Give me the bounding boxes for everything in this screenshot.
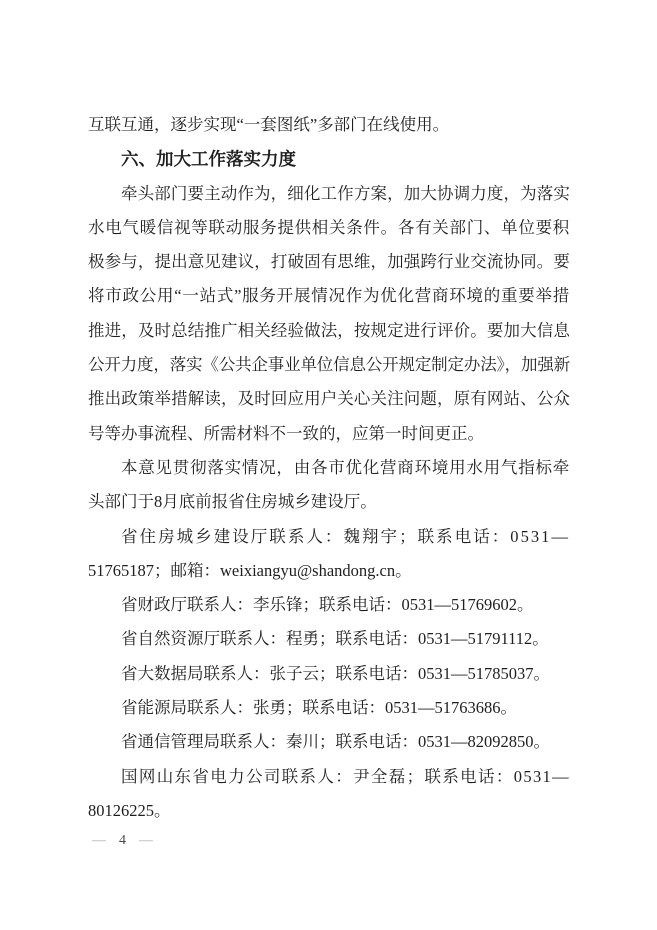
page-number: 4 [119,831,126,851]
document-line: 本意见贯彻落实情况，由各市优化营商环境用水用气指标牵 [88,451,570,485]
footer-dash-right: — [139,831,153,851]
document-line: 推进，及时总结推广相关经验做法，按规定进行评价。要加大信息 [88,314,570,348]
section-heading: 六、加大工作落实力度 [88,142,570,176]
line-text: 推出政策举措解读，及时回应用户关心关注问题，原有网站、公众 [88,389,570,408]
line-text: 省财政厅联系人：李乐锋；联系电话：0531—51769602。 [121,595,534,614]
line-text: 号等办事流程、所需材料不一致的，应第一时间更正。 [88,424,484,443]
line-text: 推进，及时总结推广相关经验做法，按规定进行评价。要加大信息 [88,321,570,340]
line-text: 省自然资源厅联系人：程勇；联系电话：0531—51791112。 [121,629,549,648]
document-line: 80126225。 [88,794,570,828]
document-line: 省能源局联系人：张勇；联系电话：0531—51763686。 [88,691,570,725]
document-line: 牵头部门要主动作为，细化工作方案，加大协调力度，为落实 [88,177,570,211]
line-text: 互联互通，逐步实现“一套图纸”多部门在线使用。 [88,115,449,134]
line-text: 水电气暖信视等联动服务提供相关条件。各有关部门、单位要积 [88,218,570,237]
document-line: 51765187；邮箱：weixiangyu@shandong.cn。 [88,554,570,588]
line-text: 省大数据局联系人：张子云；联系电话：0531—51785037。 [121,664,550,683]
document-body: 互联互通，逐步实现“一套图纸”多部门在线使用。六、加大工作落实力度牵头部门要主动… [88,108,570,828]
line-text: 省能源局联系人：张勇；联系电话：0531—51763686。 [121,698,517,717]
footer-dash-left: — [92,831,106,851]
line-text: 本意见贯彻落实情况，由各市优化营商环境用水用气指标牵 [121,458,570,477]
document-line: 将市政公用“一站式”服务开展情况作为优化营商环境的重要举措 [88,279,570,313]
document-line: 极参与，提出意见建议，打破固有思维，加强跨行业交流协同。要 [88,245,570,279]
document-line: 头部门于8月底前报省住房城乡建设厅。 [88,485,570,519]
line-text: 80126225。 [88,801,171,820]
document-line: 省通信管理局联系人：秦川；联系电话：0531—82092850。 [88,725,570,759]
line-text: 六、加大工作落实力度 [121,149,296,169]
document-line: 推出政策举措解读，及时回应用户关心关注问题，原有网站、公众 [88,382,570,416]
line-text: 头部门于8月底前报省住房城乡建设厅。 [88,492,377,511]
line-text: 国网山东省电力公司联系人：尹全磊；联系电话：0531— [121,767,570,786]
line-text: 省通信管理局联系人：秦川；联系电话：0531—82092850。 [121,732,550,751]
document-line: 国网山东省电力公司联系人：尹全磊；联系电话：0531— [88,760,570,794]
document-line: 省财政厅联系人：李乐锋；联系电话：0531—51769602。 [88,588,570,622]
line-text: 省住房城乡建设厅联系人：魏翔宇；联系电话：0531— [121,527,570,546]
line-text: 将市政公用“一站式”服务开展情况作为优化营商环境的重要举措 [88,286,570,305]
document-line: 号等办事流程、所需材料不一致的，应第一时间更正。 [88,417,570,451]
document-line: 省自然资源厅联系人：程勇；联系电话：0531—51791112。 [88,622,570,656]
line-text: 公开力度，落实《公共企事业单位信息公开规定制定办法》，加强新 [88,355,570,374]
page-footer: — 4 — [92,831,153,851]
document-line: 水电气暖信视等联动服务提供相关条件。各有关部门、单位要积 [88,211,570,245]
document-line: 省住房城乡建设厅联系人：魏翔宇；联系电话：0531— [88,520,570,554]
document-line: 省大数据局联系人：张子云；联系电话：0531—51785037。 [88,657,570,691]
line-text: 51765187；邮箱：weixiangyu@shandong.cn。 [88,561,412,580]
line-text: 牵头部门要主动作为，细化工作方案，加大协调力度，为落实 [121,184,570,203]
document-line: 公开力度，落实《公共企事业单位信息公开规定制定办法》，加强新 [88,348,570,382]
document-line: 互联互通，逐步实现“一套图纸”多部门在线使用。 [88,108,570,142]
document-page: 互联互通，逐步实现“一套图纸”多部门在线使用。六、加大工作落实力度牵头部门要主动… [0,0,657,930]
line-text: 极参与，提出意见建议，打破固有思维，加强跨行业交流协同。要 [88,252,570,271]
